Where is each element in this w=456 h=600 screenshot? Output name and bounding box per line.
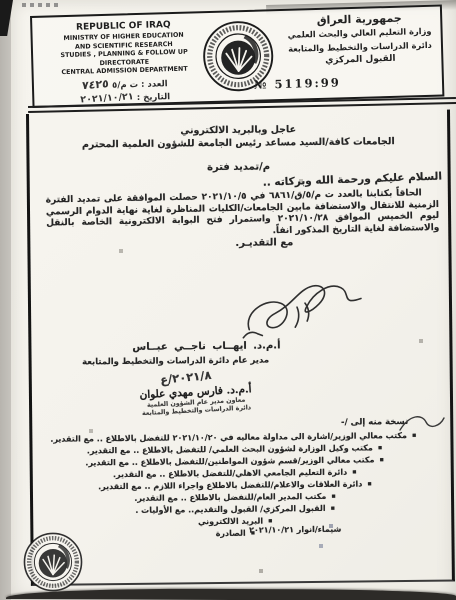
official-seal-icon — [22, 531, 84, 593]
scan-bottom-edge — [6, 588, 456, 600]
scan-top-dashes — [22, 3, 62, 7]
distribution-item: مكتب المدير العام/للتفضل بالاطلاع .. مع … — [134, 491, 336, 504]
signature-scribble-icon — [239, 278, 372, 345]
handwritten-swoosh-icon — [396, 408, 448, 436]
typist-date-line: شيماء/انوار ٢٠٢١/١٠/٢١ — [249, 525, 341, 535]
distribution-list: مكتب معالي الوزير/اشارة الى مداولة معالي… — [52, 430, 417, 542]
letterhead-english-block: REPUBLIC OF IRAQ MINISTRY OF HIGHER EDUC… — [37, 19, 211, 106]
ref-date-label: التاريخ : — [137, 92, 171, 103]
ref-number-handwritten: ٧٤٢٥ — [82, 77, 109, 92]
scanned-letter-page: جمهورية العراق وزارة التعليم العالي والب… — [0, 0, 456, 600]
ref-number-label: العدد : ت م/٥ — [112, 79, 168, 91]
scan-edge-strip — [0, 0, 11, 600]
letterhead-box: جمهورية العراق وزارة التعليم العالي والب… — [30, 4, 444, 107]
letterhead-arabic-block: جمهورية العراق وزارة التعليم العالي والب… — [283, 10, 436, 69]
greeting-line: السلام عليكم ورحمة الله وبركاته .. — [262, 170, 442, 188]
signatory-title: مدير عام دائرة الدراسات والتخطيط والمتاب… — [60, 355, 292, 367]
body-paragraph: الحاقاً بكتابنا بالعدد ت م/٥/ق/٦٨٦١ في ٢… — [46, 188, 440, 242]
signatory-name: أ.م.د. ايهــاب ناجــي عبــاس — [86, 340, 326, 354]
addressee-line: الجامعات كافة/السيد مساعد رئيس الجامعة ل… — [29, 136, 447, 151]
serial-number-stamp: № 5119:99 — [254, 75, 341, 91]
distribution-item: القبول المركزي/ القبول والتقديم.. مع الأ… — [135, 503, 335, 516]
scan-speckles — [0, 0, 2, 2]
letter-body-box: عاجل وبالبريد الالكتروني الجامعات كافة/ا… — [26, 110, 455, 586]
